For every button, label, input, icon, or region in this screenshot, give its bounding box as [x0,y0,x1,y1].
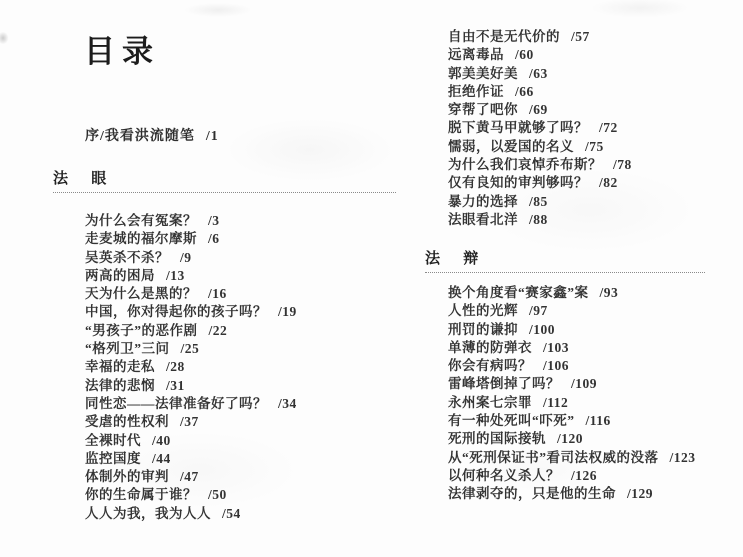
entry-title: 幸福的走私 [85,359,155,374]
entry-title: 人性的光辉 [448,303,518,318]
entry-page-number: /6 [208,231,220,246]
toc-entry: “格列卫”三问/25 [85,340,297,358]
entry-title: 雷峰塔倒掉了吗？ [448,376,560,391]
entry-page-number: /82 [599,175,618,190]
entry-page-number: /66 [515,84,534,99]
section-heading-fabian-label: 法辩 [425,252,502,267]
toc-entry: 雷峰塔倒掉了吗？/109 [448,375,696,393]
toc-entry: 人性的光辉/97 [448,302,696,320]
entry-title: 永州案七宗罪 [448,395,532,410]
toc-entry: 懦弱，以爱国的名义/75 [448,138,632,156]
preface-label: 序/我看洪流随笔 [85,129,195,144]
toc-entry: 全裸时代/40 [85,432,297,450]
entry-title: 单薄的防弹衣 [448,340,532,355]
toc-entry: 受虐的性权利/37 [85,413,297,431]
entry-title: 同性恋——法律准备好了吗？ [85,396,267,411]
entry-page-number: /72 [599,120,618,135]
entry-page-number: /112 [543,395,568,410]
entry-page-number: /103 [543,340,569,355]
entry-title: 刑罚的谦抑 [448,322,518,337]
entry-title: 吴英杀不杀？ [85,250,169,265]
entry-page-number: /100 [529,322,555,337]
toc-entry: 吴英杀不杀？/9 [85,249,297,267]
toc-entry: 体制外的审判/47 [85,468,297,486]
entry-title: 死刑的国际接轨 [448,431,546,446]
entry-page-number: /50 [208,487,227,502]
page-title: 目录 [84,26,160,71]
entry-title: 法律的悲悯 [85,378,155,393]
preface-entry: 序/我看洪流随笔/1 [85,125,219,145]
toc-entry: 仅有良知的审判够吗？/82 [448,174,632,192]
entry-page-number: /75 [585,139,604,154]
entry-title: 中国，你对得起你的孩子吗？ [85,304,267,319]
toc-entry: 永州案七宗罪/112 [448,394,696,412]
entry-title: 体制外的审判 [85,469,169,484]
entry-page-number: /22 [209,323,228,338]
toc-entry: 为什么我们哀悼乔布斯？/78 [448,156,632,174]
toc-entry: 单薄的防弹衣/103 [448,339,696,357]
entry-title: 你的生命属于谁？ [85,487,197,502]
entry-title: 你会有病吗？ [448,358,532,373]
toc-page: 目录 序/我看洪流随笔/1 法眼 为什么会有冤案？/3走麦城的福尔摩斯/6吴英杀… [0,0,743,557]
toc-entry: 你的生命属于谁？/50 [85,486,297,504]
entry-title: 法眼看北洋 [448,212,518,227]
toc-list-left: 为什么会有冤案？/3走麦城的福尔摩斯/6吴英杀不杀？/9两高的困局/13天为什么… [85,212,297,523]
entry-page-number: /3 [208,213,220,228]
entry-page-number: /106 [543,358,569,373]
entry-title: 为什么我们哀悼乔布斯？ [448,157,602,172]
entry-page-number: /19 [278,304,297,319]
entry-title: 全裸时代 [85,433,141,448]
entry-page-number: /60 [515,47,534,62]
entry-title: 远离毒品 [448,47,504,62]
toc-entry: 天为什么是黑的？/16 [85,285,297,303]
section-heading-faya-label: 法眼 [53,172,130,187]
entry-page-number: /37 [180,414,199,429]
toc-entry: 人人为我，我为人人/54 [85,505,297,523]
entry-page-number: /25 [181,341,200,356]
toc-entry: 法律剥夺的，只是他的生命/129 [448,485,696,503]
entry-page-number: /40 [152,433,171,448]
toc-entry: 中国，你对得起你的孩子吗？/19 [85,303,297,321]
entry-page-number: /85 [529,194,548,209]
entry-page-number: /97 [529,303,548,318]
entry-title: 自由不是无代价的 [448,29,560,44]
entry-title: 法律剥夺的，只是他的生命 [448,486,616,501]
entry-title: 从“死刑保证书”看司法权威的没落 [448,450,659,465]
entry-page-number: /47 [180,469,199,484]
entry-page-number: /116 [586,413,611,428]
toc-entry: “男孩子”的恶作剧/22 [85,322,297,340]
entry-page-number: /109 [571,376,597,391]
entry-title: 暴力的选择 [448,194,518,209]
preface-page-number: /1 [206,129,219,144]
entry-page-number: /44 [152,451,171,466]
entry-title: 穿帮了吧你 [448,102,518,117]
entry-page-number: /13 [166,268,185,283]
toc-entry: 郭美美好美/63 [448,65,632,83]
entry-title: 两高的困局 [85,268,155,283]
entry-page-number: /120 [557,431,583,446]
toc-entry: 同性恋——法律准备好了吗？/34 [85,395,297,413]
toc-entry: 有一种处死叫“吓死”/116 [448,412,696,430]
entry-page-number: /57 [571,29,590,44]
entry-title: 脱下黄马甲就够了吗？ [448,120,588,135]
toc-list-right-top: 自由不是无代价的/57远离毒品/60郭美美好美/63拒绝作证/66穿帮了吧你/6… [448,28,632,229]
entry-title: 天为什么是黑的？ [85,286,197,301]
toc-entry: 穿帮了吧你/69 [448,101,632,119]
entry-title: 监控国度 [85,451,141,466]
section-heading-fabian: 法辩 [425,250,705,273]
toc-entry: 法眼看北洋/88 [448,211,632,229]
entry-title: 拒绝作证 [448,84,504,99]
toc-entry: 监控国度/44 [85,450,297,468]
toc-entry: 脱下黄马甲就够了吗？/72 [448,119,632,137]
entry-title: “男孩子”的恶作剧 [85,323,198,338]
toc-entry: 为什么会有冤案？/3 [85,212,297,230]
toc-entry: 远离毒品/60 [448,46,632,64]
toc-entry: 走麦城的福尔摩斯/6 [85,230,297,248]
entry-page-number: /63 [529,66,548,81]
entry-title: 人人为我，我为人人 [85,506,211,521]
toc-entry: 刑罚的谦抑/100 [448,321,696,339]
entry-page-number: /28 [166,359,185,374]
entry-page-number: /31 [166,378,185,393]
entry-page-number: /78 [613,157,632,172]
toc-entry: 死刑的国际接轨/120 [448,430,696,448]
entry-title: “格列卫”三问 [85,341,170,356]
entry-page-number: /129 [627,486,653,501]
entry-page-number: /54 [222,506,241,521]
toc-entry: 以何种名义杀人？/126 [448,467,696,485]
entry-title: 走麦城的福尔摩斯 [85,231,197,246]
entry-page-number: /34 [278,396,297,411]
entry-title: 仅有良知的审判够吗？ [448,175,588,190]
entry-title: 为什么会有冤案？ [85,213,197,228]
toc-entry: 幸福的走私/28 [85,358,297,376]
entry-title: 郭美美好美 [448,66,518,81]
entry-title: 受虐的性权利 [85,414,169,429]
entry-page-number: /9 [180,250,192,265]
toc-entry: 自由不是无代价的/57 [448,28,632,46]
entry-page-number: /16 [208,286,227,301]
toc-entry: 两高的困局/13 [85,267,297,285]
section-heading-faya: 法眼 [53,170,396,193]
entry-title: 换个角度看“赛家鑫”案 [448,285,589,300]
entry-title: 有一种处死叫“吓死” [448,413,575,428]
entry-page-number: /126 [571,468,597,483]
toc-entry: 法律的悲悯/31 [85,377,297,395]
toc-entry: 拒绝作证/66 [448,83,632,101]
toc-entry: 你会有病吗？/106 [448,357,696,375]
entry-title: 懦弱，以爱国的名义 [448,139,574,154]
entry-page-number: /123 [670,450,696,465]
entry-page-number: /88 [529,212,548,227]
toc-list-right-bottom: 换个角度看“赛家鑫”案/93人性的光辉/97刑罚的谦抑/100单薄的防弹衣/10… [448,284,696,504]
entry-title: 以何种名义杀人？ [448,468,560,483]
toc-entry: 暴力的选择/85 [448,193,632,211]
toc-entry: 从“死刑保证书”看司法权威的没落/123 [448,449,696,467]
entry-page-number: /69 [529,102,548,117]
entry-page-number: /93 [600,285,619,300]
toc-entry: 换个角度看“赛家鑫”案/93 [448,284,696,302]
